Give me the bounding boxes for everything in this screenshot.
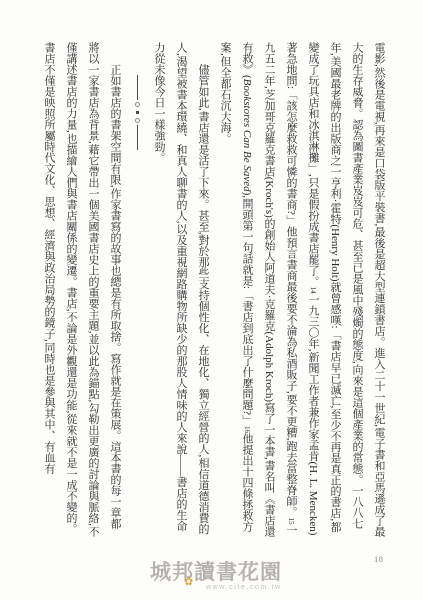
text-segment: ),開頭第一句話就是:「書店到底出了什麼問題?」 xyxy=(241,192,253,426)
divider-line-top-icon xyxy=(137,75,138,100)
divider-dot-icon xyxy=(135,102,140,107)
paragraph-3: 正如書店的書架空間有限,作家書寫的故事也總是有所取捨。寫作就是在策展。這本書的每… xyxy=(38,42,126,539)
text-segment: Bookstores Can Be Saved xyxy=(241,79,253,192)
paragraph-1: 電影,然後是電視,再來是口袋版平裝書,最後是超大型連鎖書店。進入二十一世紀,電子… xyxy=(214,42,390,539)
text-segment: 儘管如此,書店還是活了下來。甚至,對於那些支持個性化、在地化、獨立經營的人,相信… xyxy=(153,42,209,534)
watermark-brand-text: 城邦讀書花園 xyxy=(150,556,290,586)
text-segment: 16 xyxy=(243,426,251,433)
page-number: 18 xyxy=(374,554,384,564)
section-divider xyxy=(126,42,148,539)
divider-square-icon xyxy=(136,111,139,114)
publisher-watermark: 城邦讀書花園 ✿ www.cite.com.tw xyxy=(150,556,290,596)
flower-icon: ✿ xyxy=(184,575,193,588)
divider-dot-icon xyxy=(135,118,140,123)
text-block: 電影,然後是電視,再來是口袋版平裝書,最後是超大型連鎖書店。進入二十一世紀,電子… xyxy=(32,42,390,539)
text-segment: 正如書店的書架空間有限,作家書寫的故事也總是有所取捨。寫作就是在策展。這本書的每… xyxy=(43,42,121,537)
paragraph-2: 儘管如此,書店還是活了下來。甚至,對於那些支持個性化、在地化、獨立經營的人,相信… xyxy=(148,42,214,539)
text-segment: 14 xyxy=(309,287,317,294)
book-page: 電影,然後是電視,再來是口袋版平裝書,最後是超大型連鎖書店。進入二十一世紀,電子… xyxy=(0,0,423,600)
watermark-url-text: www.cite.com.tw xyxy=(206,584,282,591)
divider-line-bottom-icon xyxy=(137,125,138,150)
